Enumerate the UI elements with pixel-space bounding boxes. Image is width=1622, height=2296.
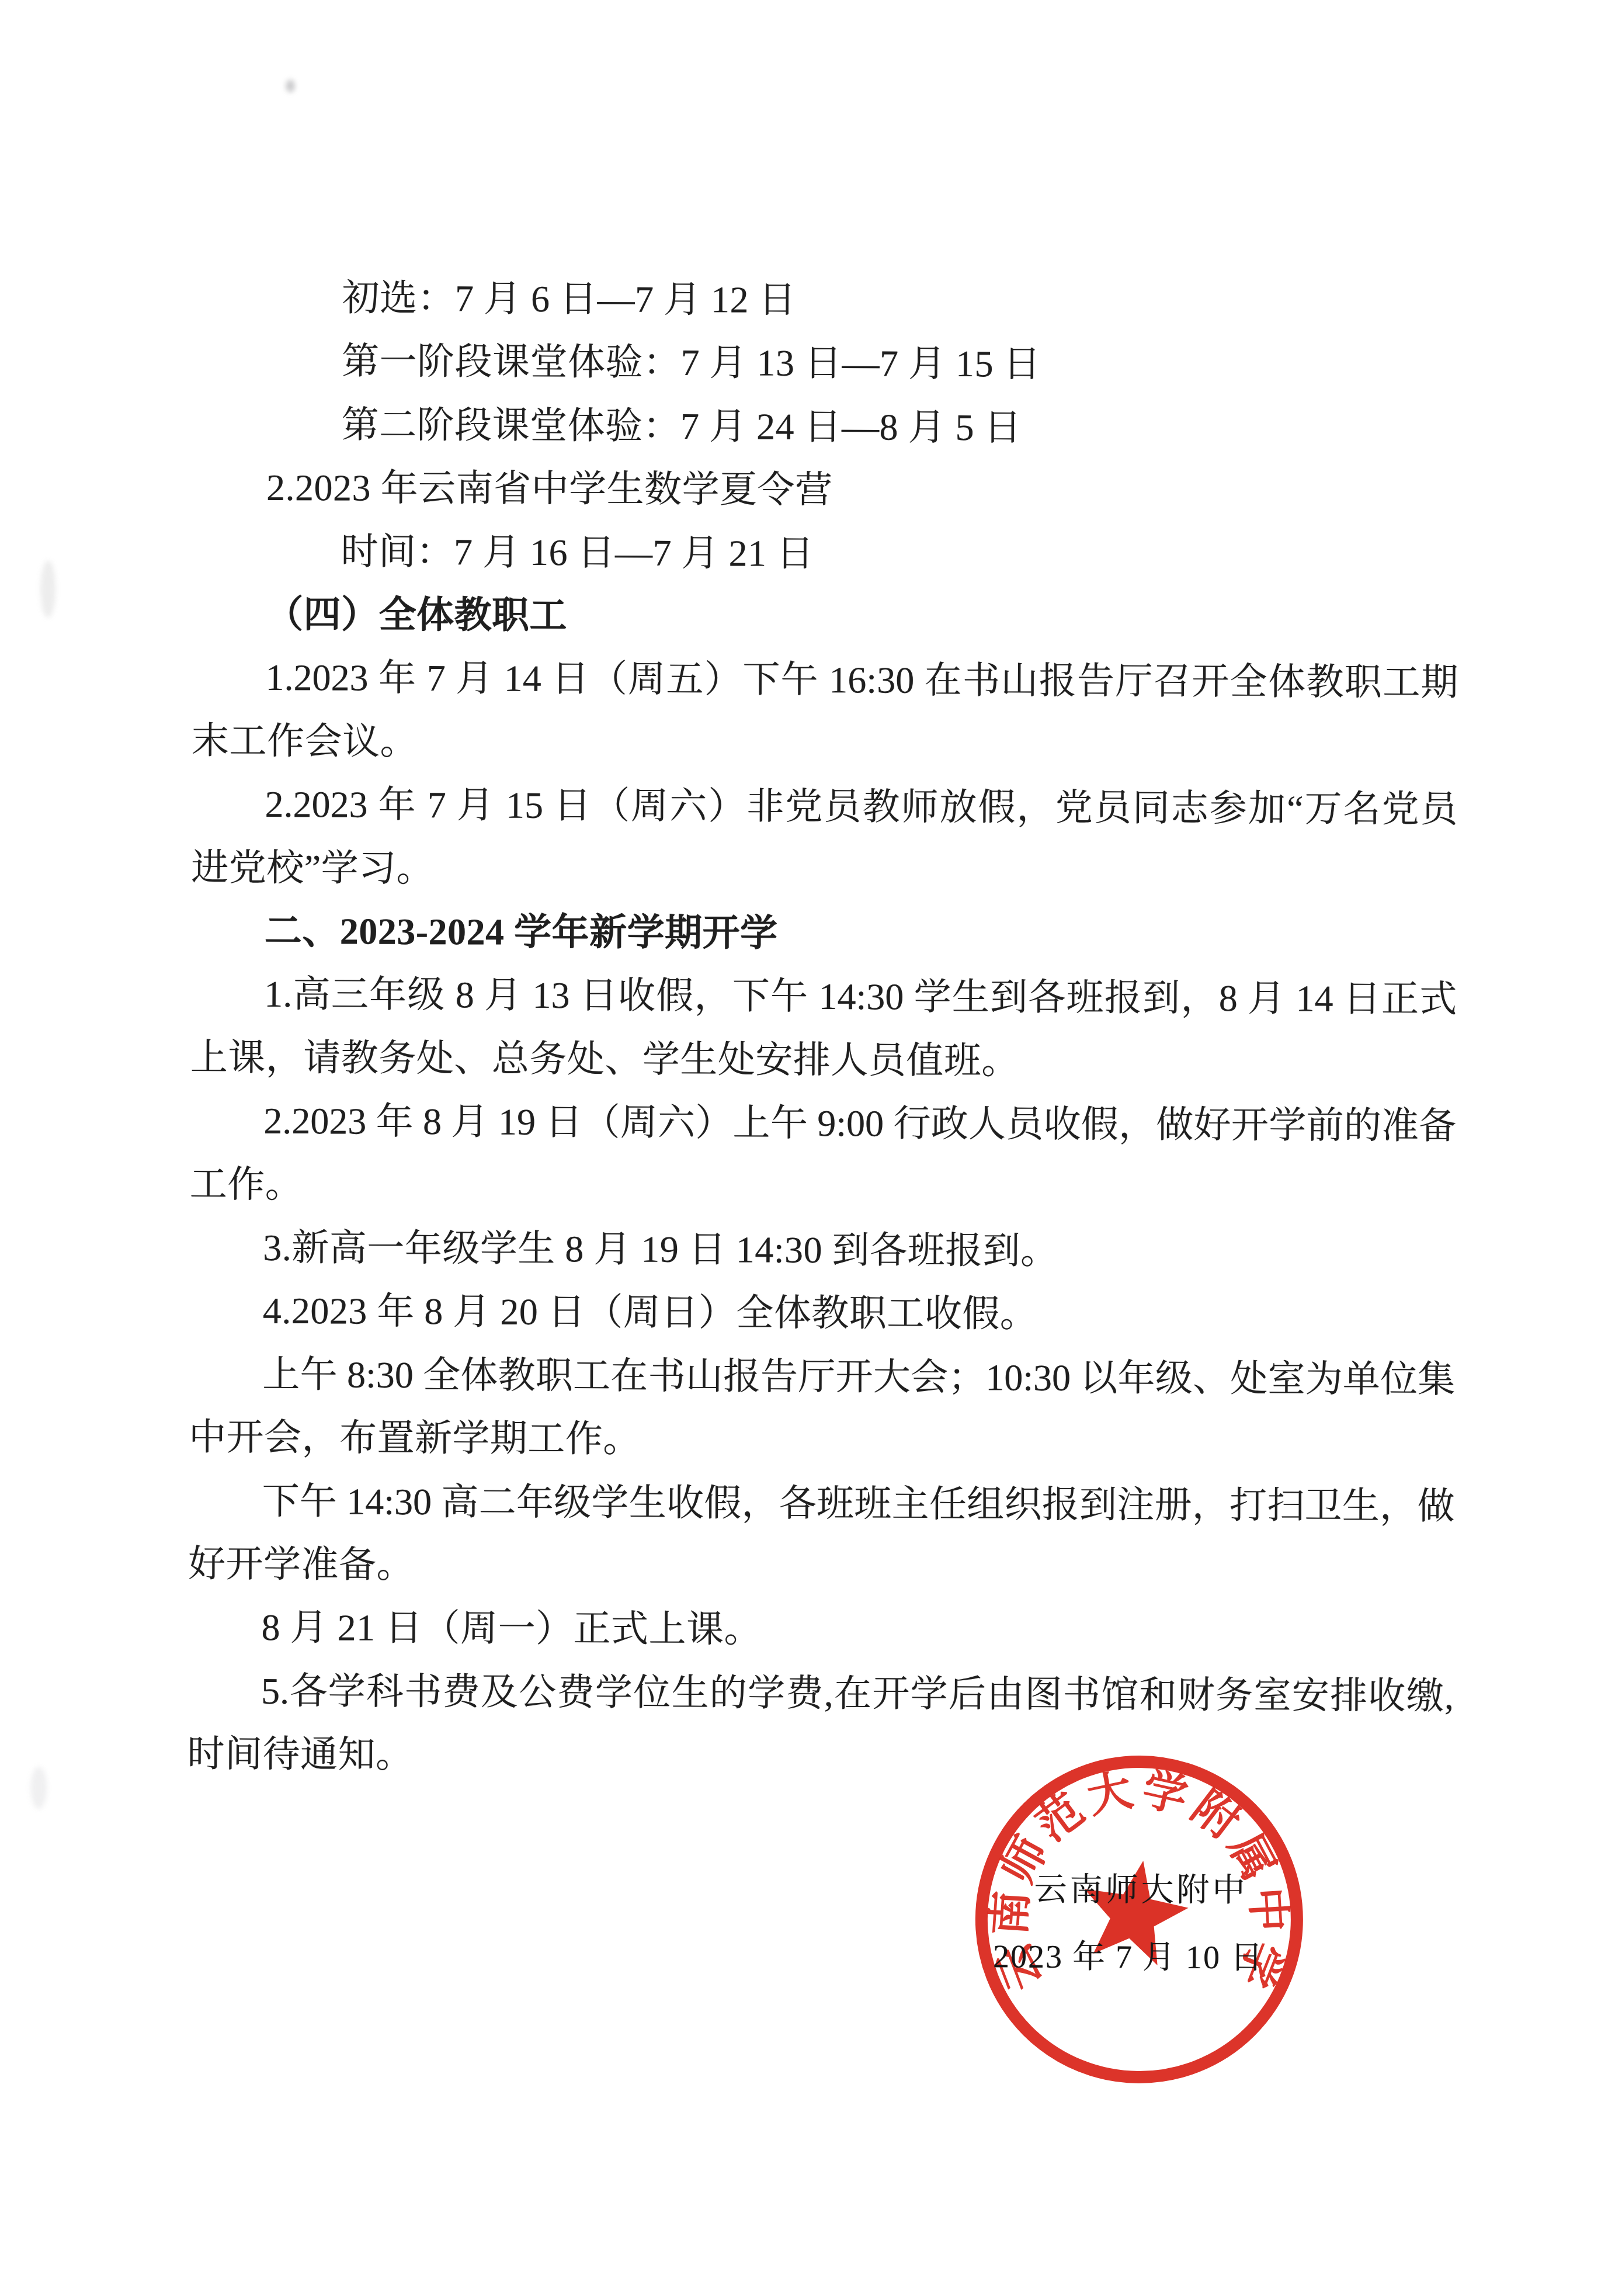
text-line: 第二阶段课堂体验：7 月 24 日—8 月 5 日 [341,393,1022,459]
text-line: 2.2023 年 8 月 19 日（周六）上午 9:00 行政人员收假，做好开学… [263,1090,1456,1158]
text-line: 1.高三年级 8 月 13 日收假，下午 14:30 学生到各班报到，8 月 1… [264,963,1457,1031]
text-line: 时间待通知。 [187,1722,413,1787]
stamp-org-name: 云南师大附中 [1034,1872,1248,1909]
scan-smudge [40,560,55,618]
text-line: 初选：7 月 6 日—7 月 12 日 [342,266,796,331]
text-line: 下午 14:30 高二年级学生收假，各班班主任组织报到注册，打扫卫生，做 [262,1470,1454,1538]
text-line: 第一阶段课堂体验：7 月 13 日—7 月 15 日 [342,330,1041,396]
text-line: 3.新高一年级学生 8 月 19 日 14:30 到各班报到。 [263,1216,1058,1283]
scan-smudge [30,1767,47,1809]
text-line: 2.2023 年 7 月 15 日（周六）非党员教师放假，党员同志参加“万名党员 [265,773,1457,841]
text-line: 好开学准备。 [188,1532,414,1597]
text-line: 4.2023 年 8 月 20 日（周日）全体教职工收假。 [263,1279,1038,1346]
text-line: 8 月 21 日（周一）正式上课。 [261,1596,762,1662]
text-line: 工作。 [190,1153,303,1216]
text-line: 上午 8:30 全体教职工在书山报告厅开大会；10:30 以年级、处室为单位集 [262,1343,1455,1411]
scan-content: 初选：7 月 6 日—7 月 12 日第一阶段课堂体验：7 月 13 日—7 月… [0,0,1622,2296]
text-line: 1.2023 年 7 月 14 日（周五）下午 16:30 在书山报告厅召开全体… [265,646,1458,715]
scan-smudge [286,79,295,92]
text-line: 2.2023 年云南省中学生数学夏令营 [266,456,833,522]
stamp-date: 2023 年 7 月 10 日 [993,1939,1264,1975]
document-page: 初选：7 月 6 日—7 月 12 日第一阶段课堂体验：7 月 13 日—7 月… [0,0,1622,2296]
document-body: 初选：7 月 6 日—7 月 12 日第一阶段课堂体验：7 月 13 日—7 月… [5,0,1622,4]
text-line: 二、2023-2024 学年新学期开学 [265,900,778,965]
official-seal-stamp: 云南师范大学附属中学 [934,1714,1345,2125]
text-line: 时间：7 月 16 日—7 月 21 日 [341,520,814,585]
text-line: 中开会，布置新学期工作。 [189,1406,641,1470]
text-line: 末工作会议。 [192,709,418,774]
text-line: 进党校”学习。 [191,836,434,900]
text-line: 上课，请教务处、总务处、学生处安排人员值班。 [190,1026,1019,1092]
text-line: （四）全体教职工 [266,583,567,647]
